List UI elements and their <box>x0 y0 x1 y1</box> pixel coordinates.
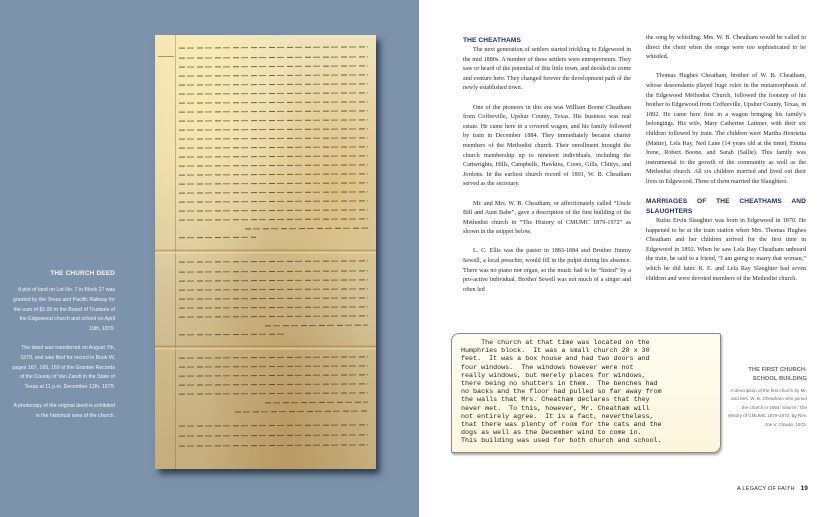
handwriting-line <box>179 444 368 447</box>
body-paragraph-continued: the song by whistling. Mrs. W. B. Cheath… <box>646 34 806 63</box>
church-deed-caption: THE CHURCH DEED A plot of land on Lot No… <box>10 270 115 431</box>
text-column-1: THE CHEATHAMS The next generation of set… <box>463 36 631 305</box>
snippet-line: not entirely agree. It is a fact, nevert… <box>461 413 654 421</box>
text-column-2: the song by whistling. Mrs. W. B. Cheath… <box>646 34 806 294</box>
handwriting-line <box>179 92 368 95</box>
snippet-line: really windows, but merely places for wi… <box>461 372 646 380</box>
snippet-caption-text: A description of the first church by Mr.… <box>727 387 807 429</box>
handwriting-line <box>179 191 368 194</box>
left-page-panel: THE CHURCH DEED A plot of land on Lot No… <box>0 0 419 517</box>
body-paragraph: Rufus Ervin Slaughter was born in Edgewo… <box>646 217 806 284</box>
body-paragraph: Mr. and Mrs. W. B. Cheatham, or affectio… <box>463 200 631 238</box>
handwriting-line <box>179 383 368 386</box>
section-title-marriages: MARRIAGES OF THE CHEATHAMS AND SLAUGHTER… <box>646 197 806 217</box>
caption-paragraph: The deed was transferred on August 7th, … <box>10 344 115 393</box>
handwriting-line <box>179 182 368 185</box>
snippet-caption: THE FIRST CHURCH- SCHOOL BUILDING A desc… <box>727 366 807 429</box>
handwriting-line <box>265 402 368 404</box>
handwriting-line <box>245 228 368 230</box>
snippet-caption-title-2: SCHOOL BUILDING <box>727 375 807 384</box>
snippet-caption-title-1: THE FIRST CHURCH- <box>727 366 807 375</box>
handwriting-line <box>179 237 256 239</box>
snippet-line: there being no shutters in them. The ben… <box>461 380 658 388</box>
snippet-line: never met. To this, however, Mr. Cheatha… <box>461 405 650 413</box>
body-paragraph: Thomas Hughes Cheatham, brother of W. B.… <box>646 72 806 187</box>
section-title-cheathams: THE CHEATHAMS <box>463 36 631 46</box>
handwriting-line <box>235 411 368 413</box>
body-paragraph: The next generation of settlers started … <box>463 46 631 94</box>
handwriting-line <box>179 392 368 395</box>
handwriting-line <box>179 315 368 318</box>
handwriting-line <box>265 325 368 327</box>
handwriting-line <box>179 356 368 359</box>
handwriting-line <box>179 434 368 437</box>
handwriting-line <box>179 173 368 176</box>
running-title: A LEGACY OF FAITH <box>737 486 795 492</box>
handwriting-line <box>179 46 368 49</box>
handwriting-line <box>179 56 368 59</box>
snippet-line: four windows. The windows however were n… <box>461 364 634 372</box>
handwriting-line <box>179 146 368 149</box>
handwriting-line <box>179 260 368 263</box>
body-paragraph: One of the pioneers in this era was Will… <box>463 104 631 190</box>
handwriting-line <box>179 110 368 113</box>
handwriting-line <box>179 334 286 336</box>
caption-title: THE CHURCH DEED <box>10 270 115 277</box>
handwriting-line <box>179 424 368 427</box>
handwriting-line <box>179 365 368 368</box>
snippet-line: The church at that time was located on t… <box>461 339 650 347</box>
handwriting-line <box>179 374 368 377</box>
handwriting-line <box>179 209 368 212</box>
caption-paragraph: A plot of land on Lot No. 7 in Block 27 … <box>10 286 115 335</box>
handwriting-line <box>179 200 368 203</box>
handwriting-line <box>179 101 368 104</box>
handwriting-line <box>179 306 368 309</box>
handwriting-line <box>179 279 368 282</box>
handwriting-line <box>179 119 368 122</box>
snippet-line: that there was plenty of room for the ca… <box>461 421 662 429</box>
handwriting-line <box>179 164 368 167</box>
handwriting-line <box>179 218 368 221</box>
snippet-line: Humphries block. It was a small church 2… <box>461 347 650 355</box>
page-footer: A LEGACY OF FAITH 19 <box>737 485 808 492</box>
handwriting-line <box>179 74 368 77</box>
handwriting-line <box>179 65 368 68</box>
snippet-line: dogs as well as the December wind to com… <box>461 429 642 437</box>
deed-fold <box>155 345 376 350</box>
handwriting-line <box>179 155 368 158</box>
body-paragraph: L. C. Ellis was the pastor in 1883-1884 … <box>463 247 631 295</box>
snippet-line: the walls that Mrs. Cheatham declares th… <box>461 396 650 404</box>
caption-paragraph: A photocopy of the original deed is exhi… <box>10 402 115 422</box>
handwriting-line <box>179 137 368 140</box>
snippet-line: no backs and the floor had pulled so far… <box>461 388 662 396</box>
handwriting-line <box>179 270 368 273</box>
handwriting-line <box>179 297 368 300</box>
handwriting-line <box>179 288 368 291</box>
snippet-line: This building was used for both church a… <box>461 437 662 445</box>
church-deed-image <box>155 35 376 469</box>
handwriting-line <box>179 128 368 131</box>
page-number: 19 <box>800 485 808 492</box>
history-snippet-box: The church at that time was located on t… <box>451 333 721 453</box>
deed-fold <box>155 249 376 254</box>
snippet-line: feet. It was a box house and had two doo… <box>461 355 650 363</box>
deed-corner-note <box>158 43 174 57</box>
handwriting-line <box>179 83 368 86</box>
